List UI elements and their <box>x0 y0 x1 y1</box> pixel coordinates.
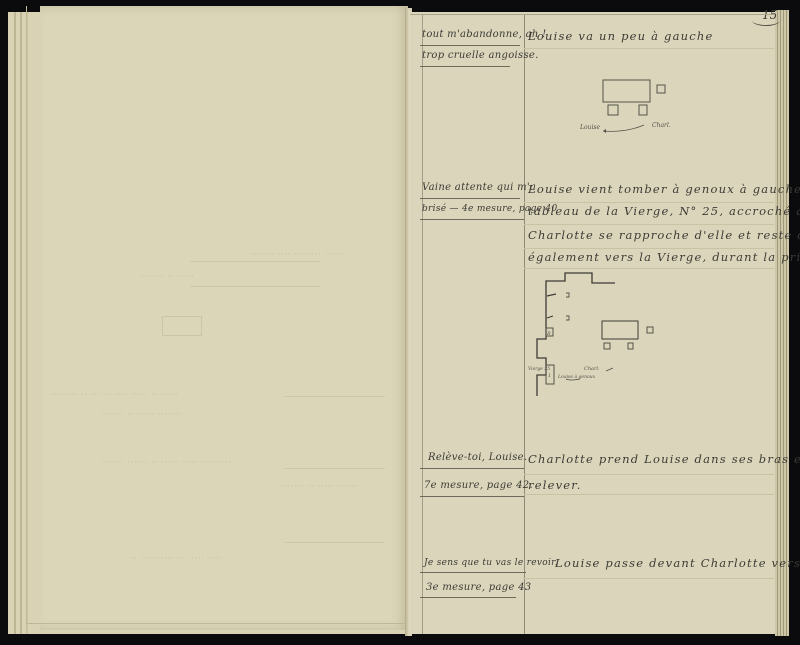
ruled-line <box>524 202 774 203</box>
diagram-label-vierge: Vierge 25 <box>528 366 550 372</box>
ruled-line <box>524 474 774 475</box>
cue-underline <box>420 572 526 573</box>
stage-direction-text: tableau de la Vierge, N° 25, accroché au… <box>528 204 800 218</box>
cue-text: Relève-toi, Louise. <box>428 452 527 463</box>
cue-underline <box>420 468 524 469</box>
stage-direction-text: relever. <box>528 478 582 492</box>
stage-direction-text: Charlotte se rapproche d'elle et reste d… <box>528 228 800 242</box>
bleed-through-rule <box>190 261 320 262</box>
page-number: 15 <box>762 8 777 22</box>
stage-floor-plan-diagram: R 1 Vierge 25 Louise à genoux Charl. <box>520 260 680 410</box>
bleed-through-text: ······ ········ ···· ······· <box>250 250 344 260</box>
page-edge <box>20 12 22 634</box>
ruled-line <box>524 494 774 495</box>
bleed-through-sketch <box>162 316 202 336</box>
cue-underline <box>420 45 520 46</box>
cue-underline <box>420 219 524 220</box>
cue-text: Je sens que tu vas le revoir. <box>424 558 558 568</box>
right-page-stack <box>775 10 789 636</box>
diagram-label-louise: Louise <box>579 124 600 131</box>
page-border <box>26 6 27 624</box>
diagram-label-number: 1 <box>548 373 551 379</box>
margin-rule <box>422 14 423 634</box>
bleed-through-text: ······· ····· ·· ······· <box>100 410 181 420</box>
stage-blocking-diagram: Louise Charl. <box>560 65 710 145</box>
bleed-through-text: ····· ·· ······· <box>140 272 194 282</box>
cue-text: Vaine attente qui m'a <box>422 182 536 193</box>
ruled-line <box>524 578 774 579</box>
diagram-label-louise: Louise à genoux <box>557 373 596 380</box>
diagram-label-charlotte: Charl. <box>584 366 600 372</box>
diagram-label-charlotte: Charl. <box>652 122 671 129</box>
stage-direction-text: Louise vient tomber à genoux à gauche, t… <box>528 182 800 196</box>
bleed-through-rule <box>285 396 385 397</box>
cue-underline <box>420 66 510 67</box>
open-notebook: ······ ········ ···· ······· ····· ·· ··… <box>0 0 800 645</box>
cue-underline <box>420 198 520 199</box>
bleed-through-rule <box>285 542 385 543</box>
bleed-through-text: ····· ·· ····· ···· ·· ··· ·· ········ <box>50 390 178 400</box>
cue-text: trop cruelle angoisse. <box>422 50 539 61</box>
page-edge <box>14 12 16 634</box>
page-border <box>26 623 408 624</box>
stage-direction-text: Louise va un peu à gauche <box>528 29 714 43</box>
cue-underline <box>420 496 524 497</box>
svg-text:R: R <box>546 331 551 337</box>
ruled-line <box>524 48 774 49</box>
ruled-line <box>410 14 775 15</box>
stage-direction-text: Charlotte prend Louise dans ses bras et … <box>528 452 800 466</box>
left-page: ······ ········ ···· ······· ····· ·· ··… <box>40 6 408 630</box>
bleed-through-text: ···· ····· ·· ·········· ·· <box>130 554 221 564</box>
bleed-through-text: ······ ····· ·· ······· <box>280 482 357 492</box>
cue-underline <box>420 597 516 598</box>
cue-text: 3e mesure, page 43 <box>426 582 531 593</box>
stage-direction-text: Louise passe devant Charlotte vers la — <box>555 556 800 570</box>
bleed-through-text: ········· ····· ····· ·· ······ ······· <box>100 458 231 468</box>
cue-text: 7e mesure, page 42. <box>424 480 533 491</box>
ruled-line <box>524 248 774 249</box>
bleed-through-rule <box>285 468 385 469</box>
ruled-line <box>524 224 774 225</box>
background-edge <box>789 10 800 645</box>
bleed-through-rule <box>190 286 320 287</box>
